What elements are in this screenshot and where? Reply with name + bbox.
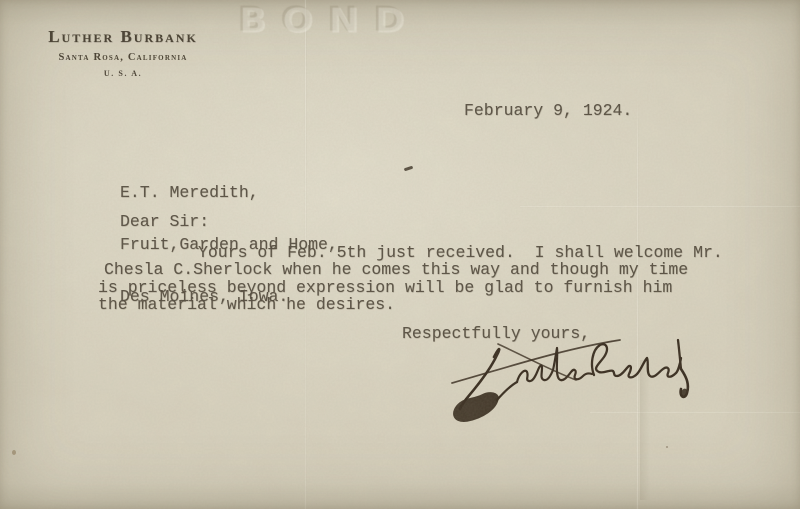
horizontal-fold-crease-upper — [520, 205, 800, 208]
paper-speck — [666, 446, 668, 448]
date-line: February 9, 1924. — [464, 102, 632, 119]
body-line: is priceless beyond expression will be g… — [98, 279, 672, 296]
body-line: Yours of Feb. 5th just received. I shall… — [198, 244, 723, 261]
letterhead: Luther Burbank Santa Rosa, California U.… — [22, 27, 224, 79]
paper-watermark: BOND — [238, 0, 419, 40]
letterhead-country: U. S. A. — [22, 69, 224, 79]
vertical-fold-crease-right — [636, 96, 639, 509]
pen-mark — [404, 166, 413, 172]
recipient-line: E.T. Meredith, — [120, 184, 338, 201]
letterhead-name: Luther Burbank — [22, 27, 224, 47]
signature-luther-burbank — [440, 331, 720, 427]
letter-page: BOND Luther Burbank Santa Rosa, Californ… — [0, 0, 800, 509]
body-line: Chesla C.Sherlock when he comes this way… — [104, 261, 688, 278]
salutation: Dear Sir: — [120, 213, 209, 230]
letterhead-city: Santa Rosa, California — [22, 52, 224, 64]
body-line: the material which he desires. — [98, 296, 395, 313]
paper-speck — [12, 450, 16, 455]
